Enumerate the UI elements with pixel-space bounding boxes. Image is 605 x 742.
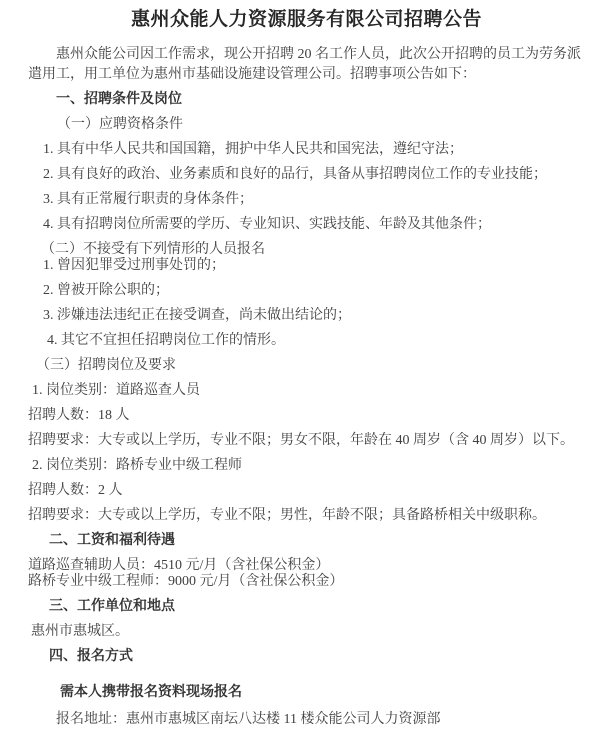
registration-address: 报名地址：惠州市惠城区南坛八达楼 11 楼众能公司人力资源部: [28, 710, 585, 730]
section-3-heading: 三、工作单位和地点: [28, 597, 585, 617]
qualification-item-4: 4. 具有招聘岗位所需要的学历、专业知识、实践技能、年龄及其他条件；: [28, 215, 585, 235]
position-1-category: 1. 岗位类别：道路巡查人员: [28, 381, 585, 401]
section-1-heading: 一、招聘条件及岗位: [28, 90, 585, 110]
section-1-sub-1-heading: （一）应聘资格条件: [28, 115, 585, 135]
section-1-sub-3-heading: （三）招聘岗位及要求: [28, 356, 585, 376]
position-2-category: 2. 岗位类别：路桥专业中级工程师: [28, 456, 585, 476]
salary-line-2: 路桥专业中级工程师：9000 元/月（含社保公积金）: [28, 572, 585, 592]
recruitment-announcement-document: 惠州众能人力资源服务有限公司招聘公告 惠州众能公司因工作需求，现公开招聘 20 …: [0, 0, 605, 742]
document-title: 惠州众能人力资源服务有限公司招聘公告: [28, 8, 585, 32]
qualification-item-1: 1. 具有中华人民共和国国籍，拥护中华人民共和国宪法，遵纪守法；: [28, 140, 585, 160]
position-1-requirements: 招聘要求：大专或以上学历，专业不限；男女不限，年龄在 40 周岁（含 40 周岁…: [28, 431, 585, 451]
position-2-headcount: 招聘人数：2 人: [28, 481, 585, 501]
position-1-headcount: 招聘人数：18 人: [28, 406, 585, 426]
registration-notice: 需本人携带报名资料现场报名: [28, 683, 585, 703]
section-2-heading: 二、工资和福利待遇: [28, 531, 585, 551]
work-location: 惠州市惠城区。: [28, 622, 585, 642]
section-4-heading: 四、报名方式: [28, 647, 585, 667]
position-2-requirements: 招聘要求：大专或以上学历，专业不限；男性，年龄不限；具备路桥相关中级职称。: [28, 506, 585, 526]
exclusion-item-2: 2. 曾被开除公职的；: [28, 281, 585, 301]
exclusion-item-1: 1. 曾因犯罪受过刑事处罚的；: [28, 256, 585, 276]
exclusion-item-4: 4. 其它不宜担任招聘岗位工作的情形。: [28, 331, 585, 351]
intro-paragraph: 惠州众能公司因工作需求，现公开招聘 20 名工作人员，此次公开招聘的员工为劳务派…: [28, 45, 585, 85]
qualification-item-2: 2. 具有良好的政治、业务素质和良好的品行，具备从事招聘岗位工作的专业技能；: [28, 165, 585, 185]
qualification-item-3: 3. 具有正常履行职责的身体条件；: [28, 190, 585, 210]
exclusion-item-3: 3. 涉嫌违法违纪正在接受调查，尚未做出结论的；: [28, 306, 585, 326]
